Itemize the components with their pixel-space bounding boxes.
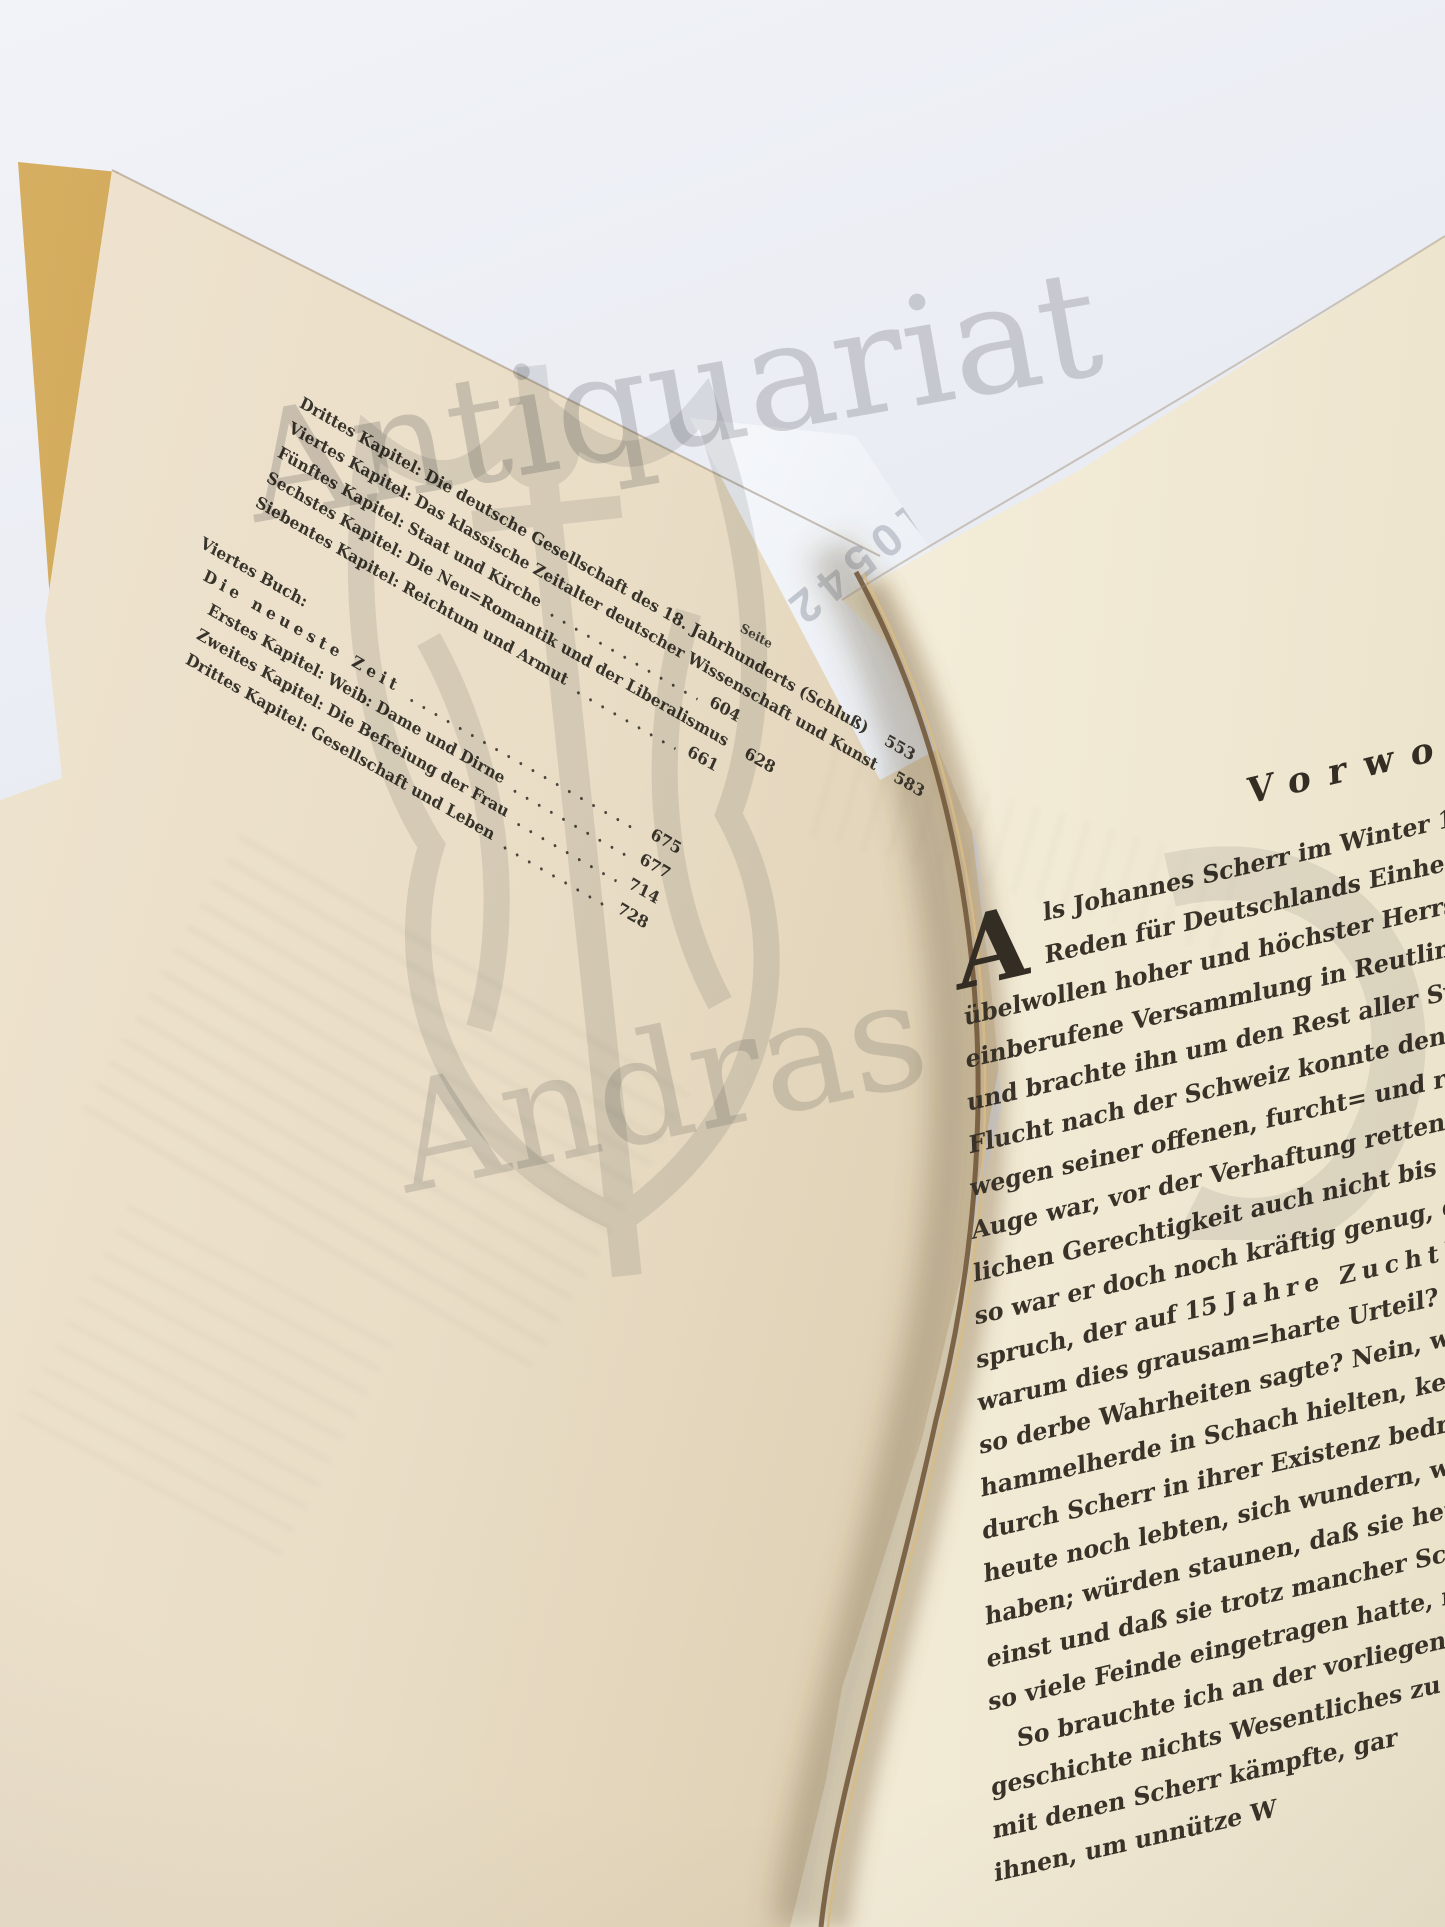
paragraph: Als Johannes Scherr im Winter 1849—1Rede…: [961, 726, 1445, 1724]
book-photo: 10542 Seite Drittes Kapitel: Die deutsch…: [0, 0, 1445, 1927]
drop-cap: A: [955, 897, 1031, 999]
vorwort-page: Vorwort Als Johannes Scherr im Winter 18…: [958, 654, 1445, 1895]
vorwort-body: Als Johannes Scherr im Winter 1849—1Rede…: [961, 726, 1445, 1895]
